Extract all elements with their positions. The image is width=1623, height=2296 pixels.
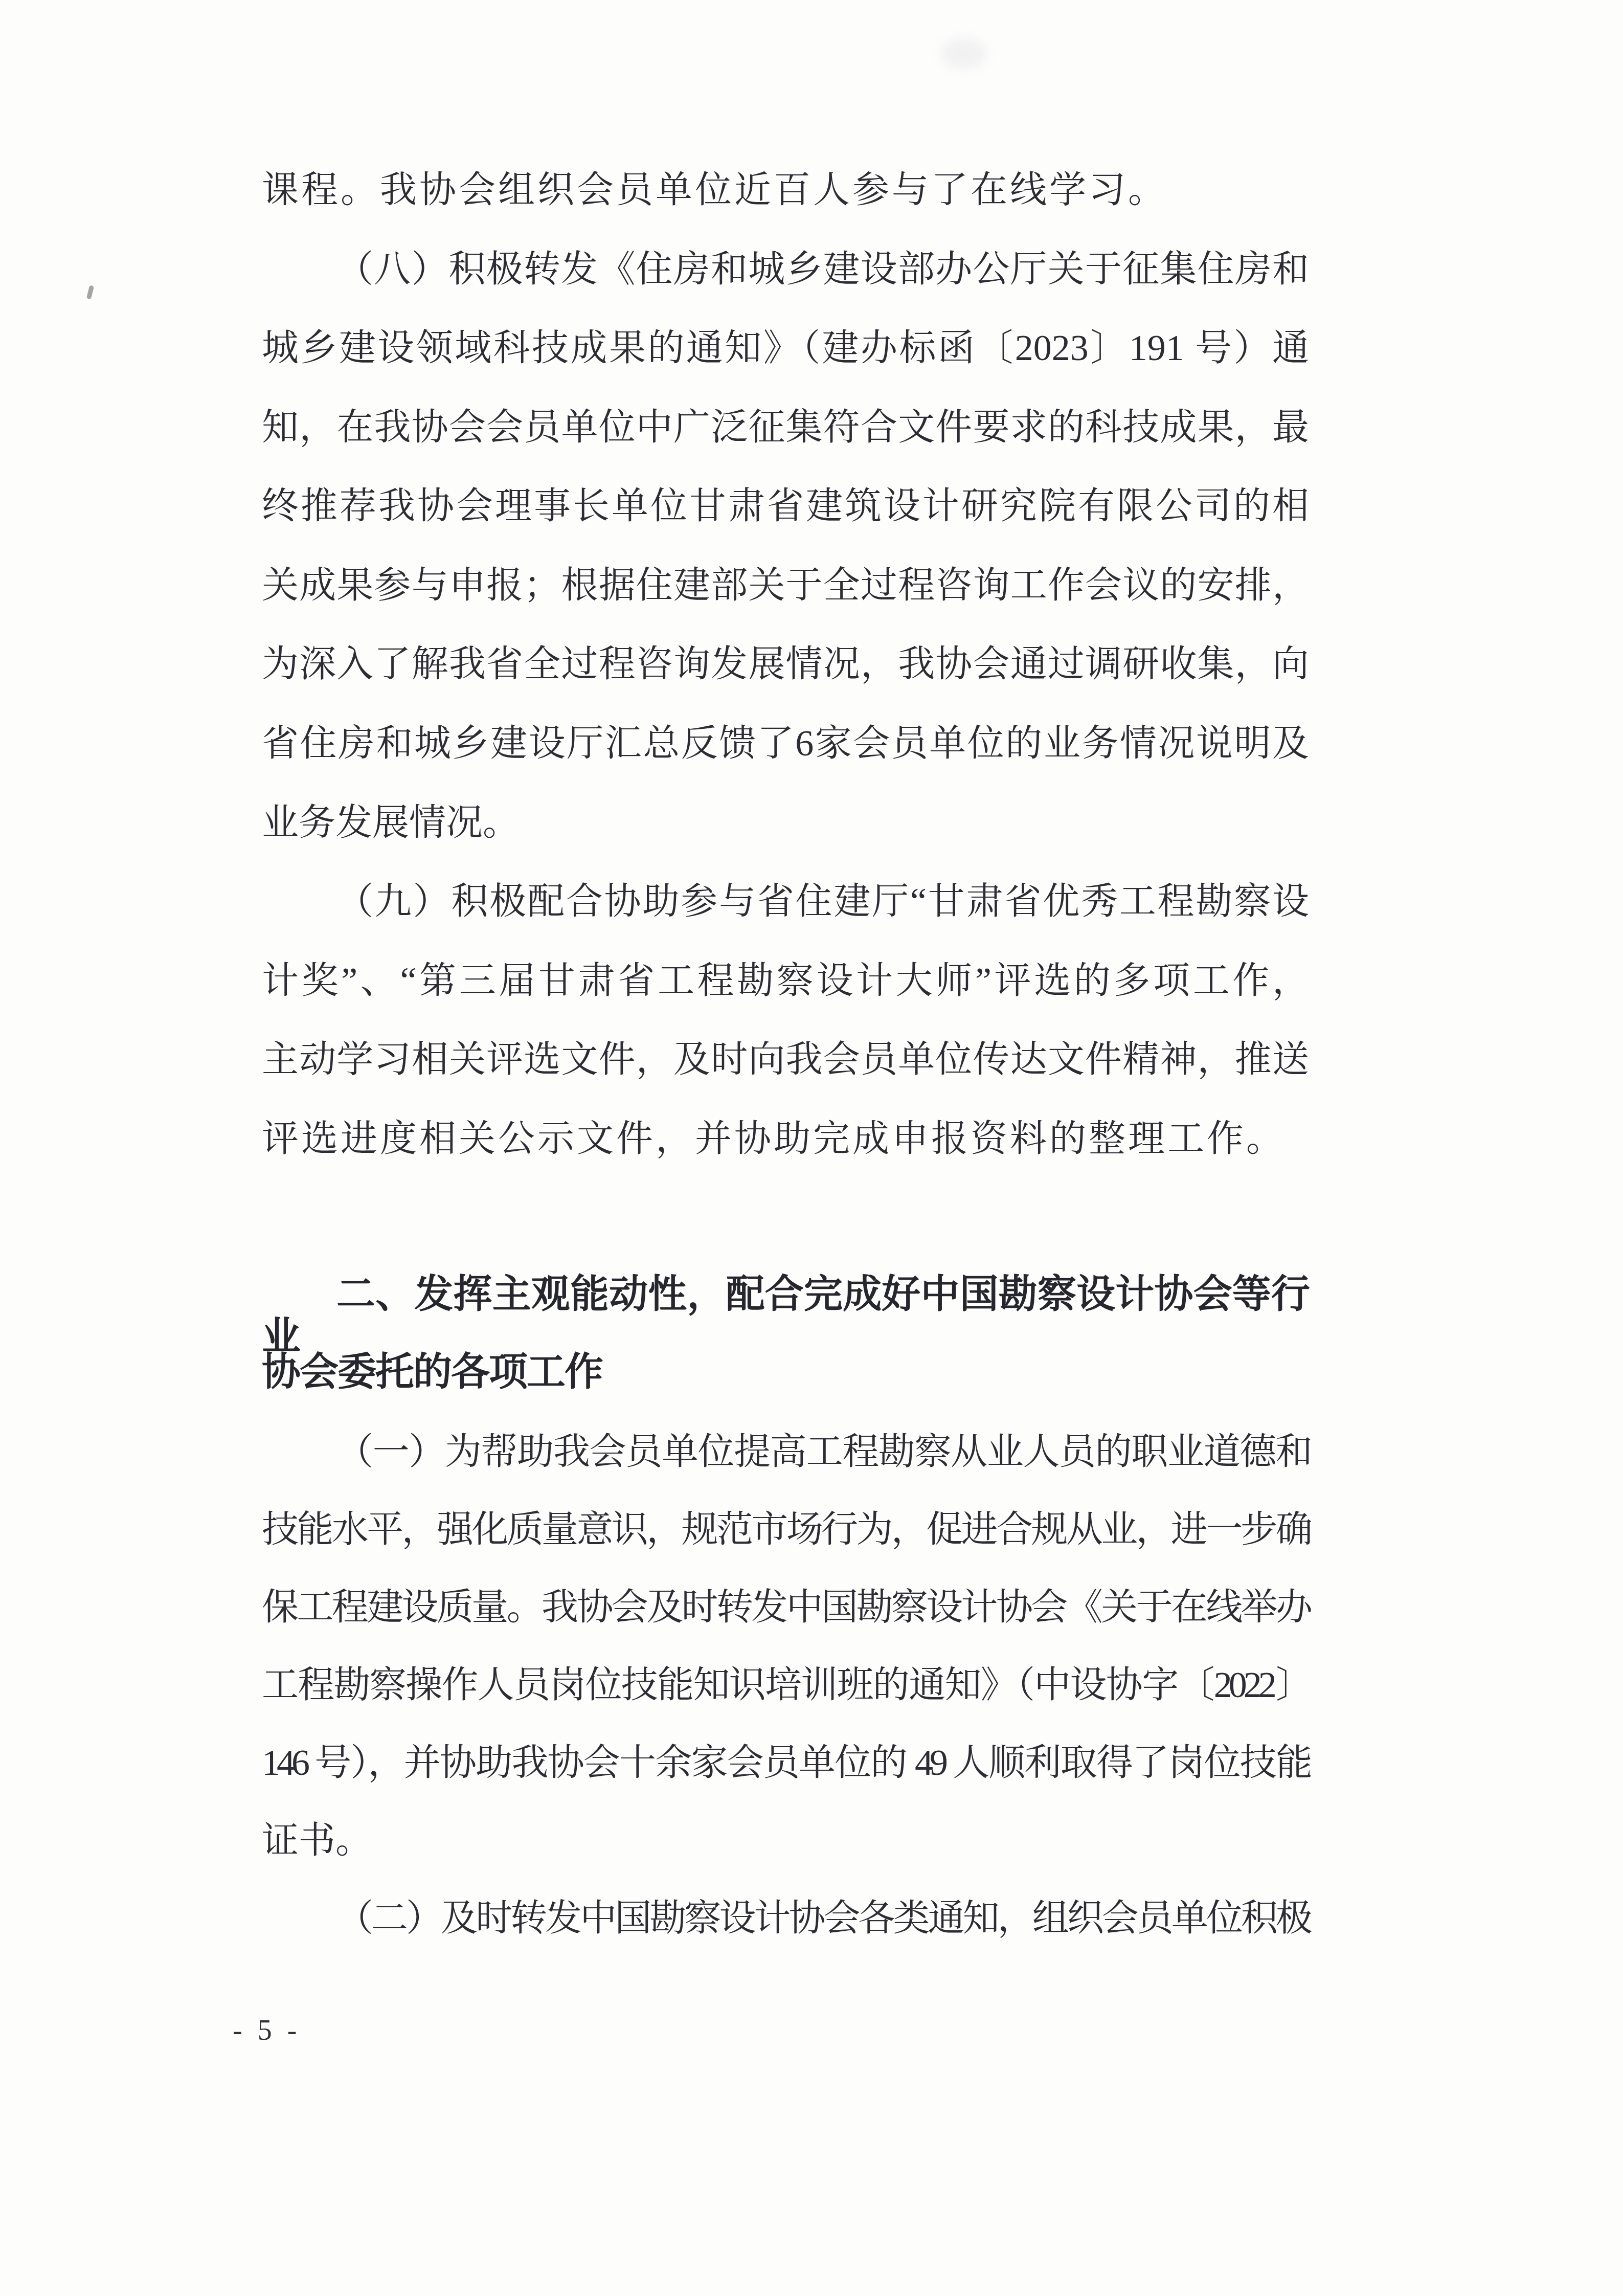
paragraph-line: （二）及时转发中国勘察设计协会各类通知，组织会员单位积极	[262, 1899, 1309, 1938]
paragraph-line: 城乡建设领域科技成果的通知》（建办标函〔2023〕191 号）通	[262, 328, 1309, 368]
paragraph-line: 业务发展情况。	[262, 803, 1309, 843]
paragraph-line: （九）积极配合协助参与省住建厅“甘肃省优秀工程勘察设	[262, 882, 1309, 922]
paragraph-line: 证书。	[262, 1821, 1309, 1861]
page-number: - 5 -	[233, 2014, 301, 2047]
paragraph-line: 为深入了解我省全过程咨询发展情况，我协会通过调研收集，向	[262, 644, 1309, 684]
text-line: 课程。我协会组织会员单位近百人参与了在线学习。	[262, 170, 1309, 210]
paragraph-line: 评选进度相关公示文件，并协助完成申报资料的整理工作。	[262, 1119, 1309, 1159]
paragraph-line: （一）为帮助我会员单位提高工程勘察从业人员的职业道德和	[262, 1432, 1309, 1472]
scan-smudge	[941, 38, 987, 69]
paragraph-line: 终推荐我协会理事长单位甘肃省建筑设计研究院有限公司的相	[262, 486, 1309, 526]
paragraph-line: 保工程建设质量。我协会及时转发中国勘察设计协会《关于在线举办	[262, 1588, 1309, 1628]
paragraph-line: 计奖”、“第三届甘肃省工程勘察设计大师”评选的多项工作，	[262, 961, 1309, 1001]
paragraph-line: 146 号），并协助我协会十余家会员单位的 49 人顺利取得了岗位技能	[262, 1743, 1309, 1783]
section-heading-line: 二、发挥主观能动性，配合完成好中国勘察设计协会等行业	[262, 1274, 1309, 1357]
paragraph-line: 主动学习相关评选文件，及时向我会员单位传达文件精神，推送	[262, 1040, 1309, 1080]
paragraph-line: 工程勘察操作人员岗位技能知识培训班的通知》（中设协字〔2022〕	[262, 1665, 1309, 1705]
paragraph-line: 知，在我协会会员单位中广泛征集符合文件要求的科技成果，最	[262, 408, 1309, 448]
scanned-document-page: 课程。我协会组织会员单位近百人参与了在线学习。 （八）积极转发《住房和城乡建设部…	[0, 0, 1623, 2296]
paragraph-line: （八）积极转发《住房和城乡建设部办公厅关于征集住房和	[262, 250, 1309, 289]
paragraph-line: 技能水平，强化质量意识，规范市场行为，促进合规从业，进一步确	[262, 1510, 1309, 1550]
paragraph-line: 关成果参与申报；根据住建部关于全过程咨询工作会议的安排，	[262, 566, 1309, 606]
section-heading-line: 协会委托的各项工作	[262, 1351, 1309, 1393]
scan-speck	[86, 285, 94, 299]
paragraph-line: 省住房和城乡建设厅汇总反馈了6家会员单位的业务情况说明及	[262, 724, 1309, 764]
